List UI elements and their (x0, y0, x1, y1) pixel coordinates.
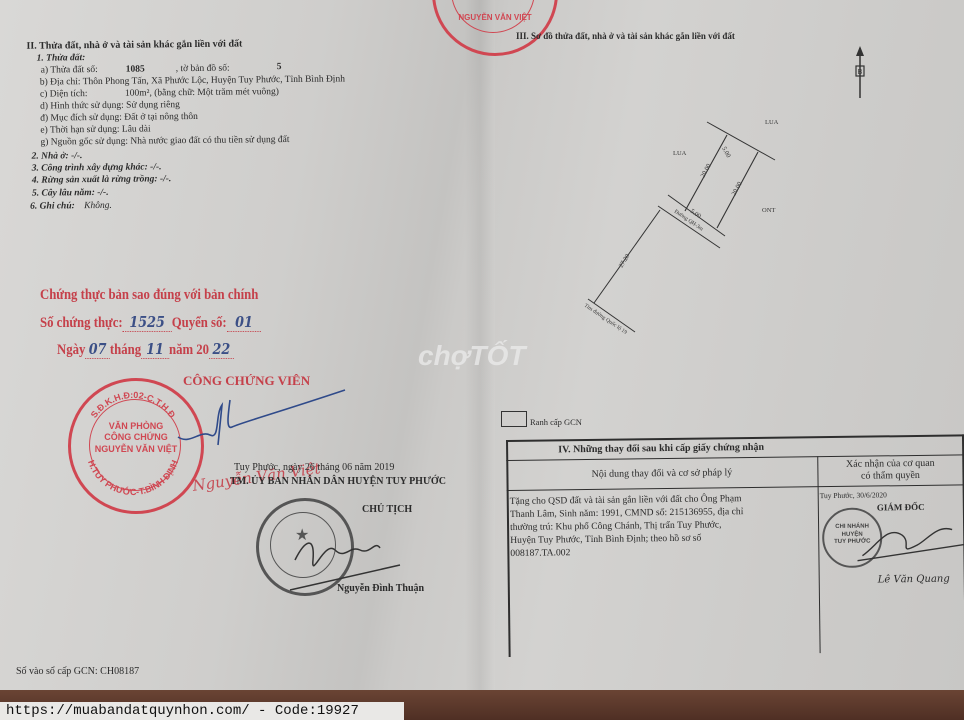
perennial-trees: 5. Cây lâu năm: -/-. (32, 189, 109, 199)
chairman-title: CHỦ TỊCH (362, 505, 412, 515)
svg-text:27.20: 27.20 (618, 253, 632, 269)
note-value: Không. (84, 202, 112, 212)
usage-purpose: đ) Mục đích sử dụng: Đất ở tại nông thôn (40, 113, 198, 124)
svg-text:ONT: ONT (762, 207, 775, 214)
svg-text:H.TUY PHƯỚC-T.BÌNH ĐỊNH: H.TUY PHƯỚC-T.BÌNH ĐỊNH (86, 459, 180, 497)
book-value: 01 (227, 313, 262, 332)
parcel-number: 1085 (126, 65, 145, 75)
col-confirm-header-1: Xác nhận của cơ quan (818, 458, 962, 470)
confirm-date: Tuy Phước, 30/6/2020 (820, 491, 887, 499)
issue-place-date: Tuy Phước, ngày 26 tháng 06 năm 2019 (234, 463, 394, 473)
register-label: Số vào sổ cấp GCN: (16, 666, 98, 677)
north-arrow-icon: B (850, 44, 870, 100)
svg-text:Tim đường Quốc lộ 19: Tim đường Quốc lộ 19 (583, 302, 629, 336)
col-content-header: Nội dung thay đổi và cơ sở pháp lý (506, 467, 817, 481)
usage-term: e) Thời hạn sử dụng: Lâu dài (40, 125, 150, 136)
area-label: c) Diện tích: (40, 90, 88, 100)
section-4-title: IV. Những thay đổi sau khi cấp giấy chứn… (506, 442, 816, 456)
director-name: Lê Văn Quang (878, 575, 950, 586)
forest: 4. Rừng sản xuất là rừng trồng: -/-. (32, 175, 171, 186)
svg-text:S.Đ.K.H.Đ:02-C.T.H.Đ: S.Đ.K.H.Đ:02-C.T.H.Đ (89, 390, 178, 420)
svg-text:LUA: LUA (673, 150, 687, 157)
legend-boundary-box (501, 411, 527, 427)
note-label: 6. Ghi chú: (30, 202, 75, 212)
section-2: II. Thửa đất, nhà ở và tài sản khác gắn … (0, 0, 483, 260)
col-confirm-header-2: có thẩm quyền (818, 470, 962, 482)
usage-form: d) Hình thức sử dụng: Sử dụng riêng (40, 101, 180, 112)
director-signature (857, 514, 964, 565)
day-value: 07 (85, 340, 110, 359)
parcel-label: a) Thửa đất số: (41, 66, 98, 76)
watermark-logo: chợTỐT (418, 340, 525, 372)
map-label: , tờ bản đồ số: (176, 65, 230, 75)
map-number: 5 (277, 63, 282, 73)
change-line-1: Tặng cho QSD đất và tài sản gắn liền với… (510, 494, 742, 506)
house: 2. Nhà ở: -/-. (32, 152, 83, 162)
svg-text:20.00: 20.00 (731, 181, 744, 197)
month-value: 11 (141, 340, 169, 359)
svg-text:20.00: 20.00 (700, 163, 713, 179)
year-value: 22 (209, 340, 234, 359)
changes-table: IV. Những thay đổi sau khi cấp giấy chứn… (506, 434, 964, 657)
chairman-name: Nguyễn Đình Thuận (337, 584, 424, 594)
source-url-banner: https://muabandatquynhon.com/ - Code:199… (0, 702, 404, 720)
change-line-4: Huyện Tuy Phước, Tỉnh Bình Định; theo hồ… (510, 534, 701, 546)
issuing-authority: TM. ỦY BAN NHÂN DÂN HUYỆN TUY PHƯỚC (230, 477, 446, 487)
svg-text:LUA: LUA (765, 119, 779, 126)
year-label: năm 20 (169, 342, 209, 358)
change-line-2: Thanh Lâm, Sinh năm: 1991, CMND số: 2151… (510, 507, 744, 519)
change-line-5: 008187.TA.002 (510, 548, 570, 558)
section-3-title: III. Sơ đồ thửa đất, nhà ở và tài sản kh… (516, 32, 735, 41)
notary-signature (170, 385, 350, 460)
parcel-diagram: LUA LUA ONT 5.00 20.00 20.00 5.00 Đường … (560, 100, 840, 360)
register-value: CH08187 (100, 666, 139, 677)
svg-text:5.00: 5.00 (720, 146, 732, 159)
address: b) Địa chỉ: Thôn Phong Tấn, Xã Phước Lộc… (40, 75, 345, 88)
day-label: Ngày (57, 342, 85, 358)
land-origin: g) Nguồn gốc sử dụng: Nhà nước giao đất … (40, 136, 289, 148)
area-value: 100m², (bằng chữ: Một trăm mét vuông) (125, 88, 279, 99)
book-label: Quyển số: (172, 315, 227, 331)
legend-label: Ranh cấp GCN (530, 418, 582, 427)
land-heading: 1. Thửa đất: (37, 54, 86, 64)
svg-text:B: B (858, 69, 863, 76)
cert-number-value: 1525 (123, 313, 172, 332)
certification-title: Chứng thực bản sao đúng với bản chính (40, 288, 258, 303)
confirm-position: GIÁM ĐỐC (877, 503, 925, 513)
other-construction: 3. Công trình xây dựng khác: -/-. (32, 163, 162, 174)
cert-number-label: Số chứng thực: (40, 315, 123, 331)
change-line-3: thường trú: Khu phố Công Chánh, Thị trấn… (510, 520, 722, 532)
seal-top-name: NGUYỄN VĂN VIỆT (435, 13, 555, 23)
section-2-title: II. Thửa đất, nhà ở và tài sản khác gắn … (26, 39, 242, 51)
month-label: tháng (110, 342, 141, 358)
